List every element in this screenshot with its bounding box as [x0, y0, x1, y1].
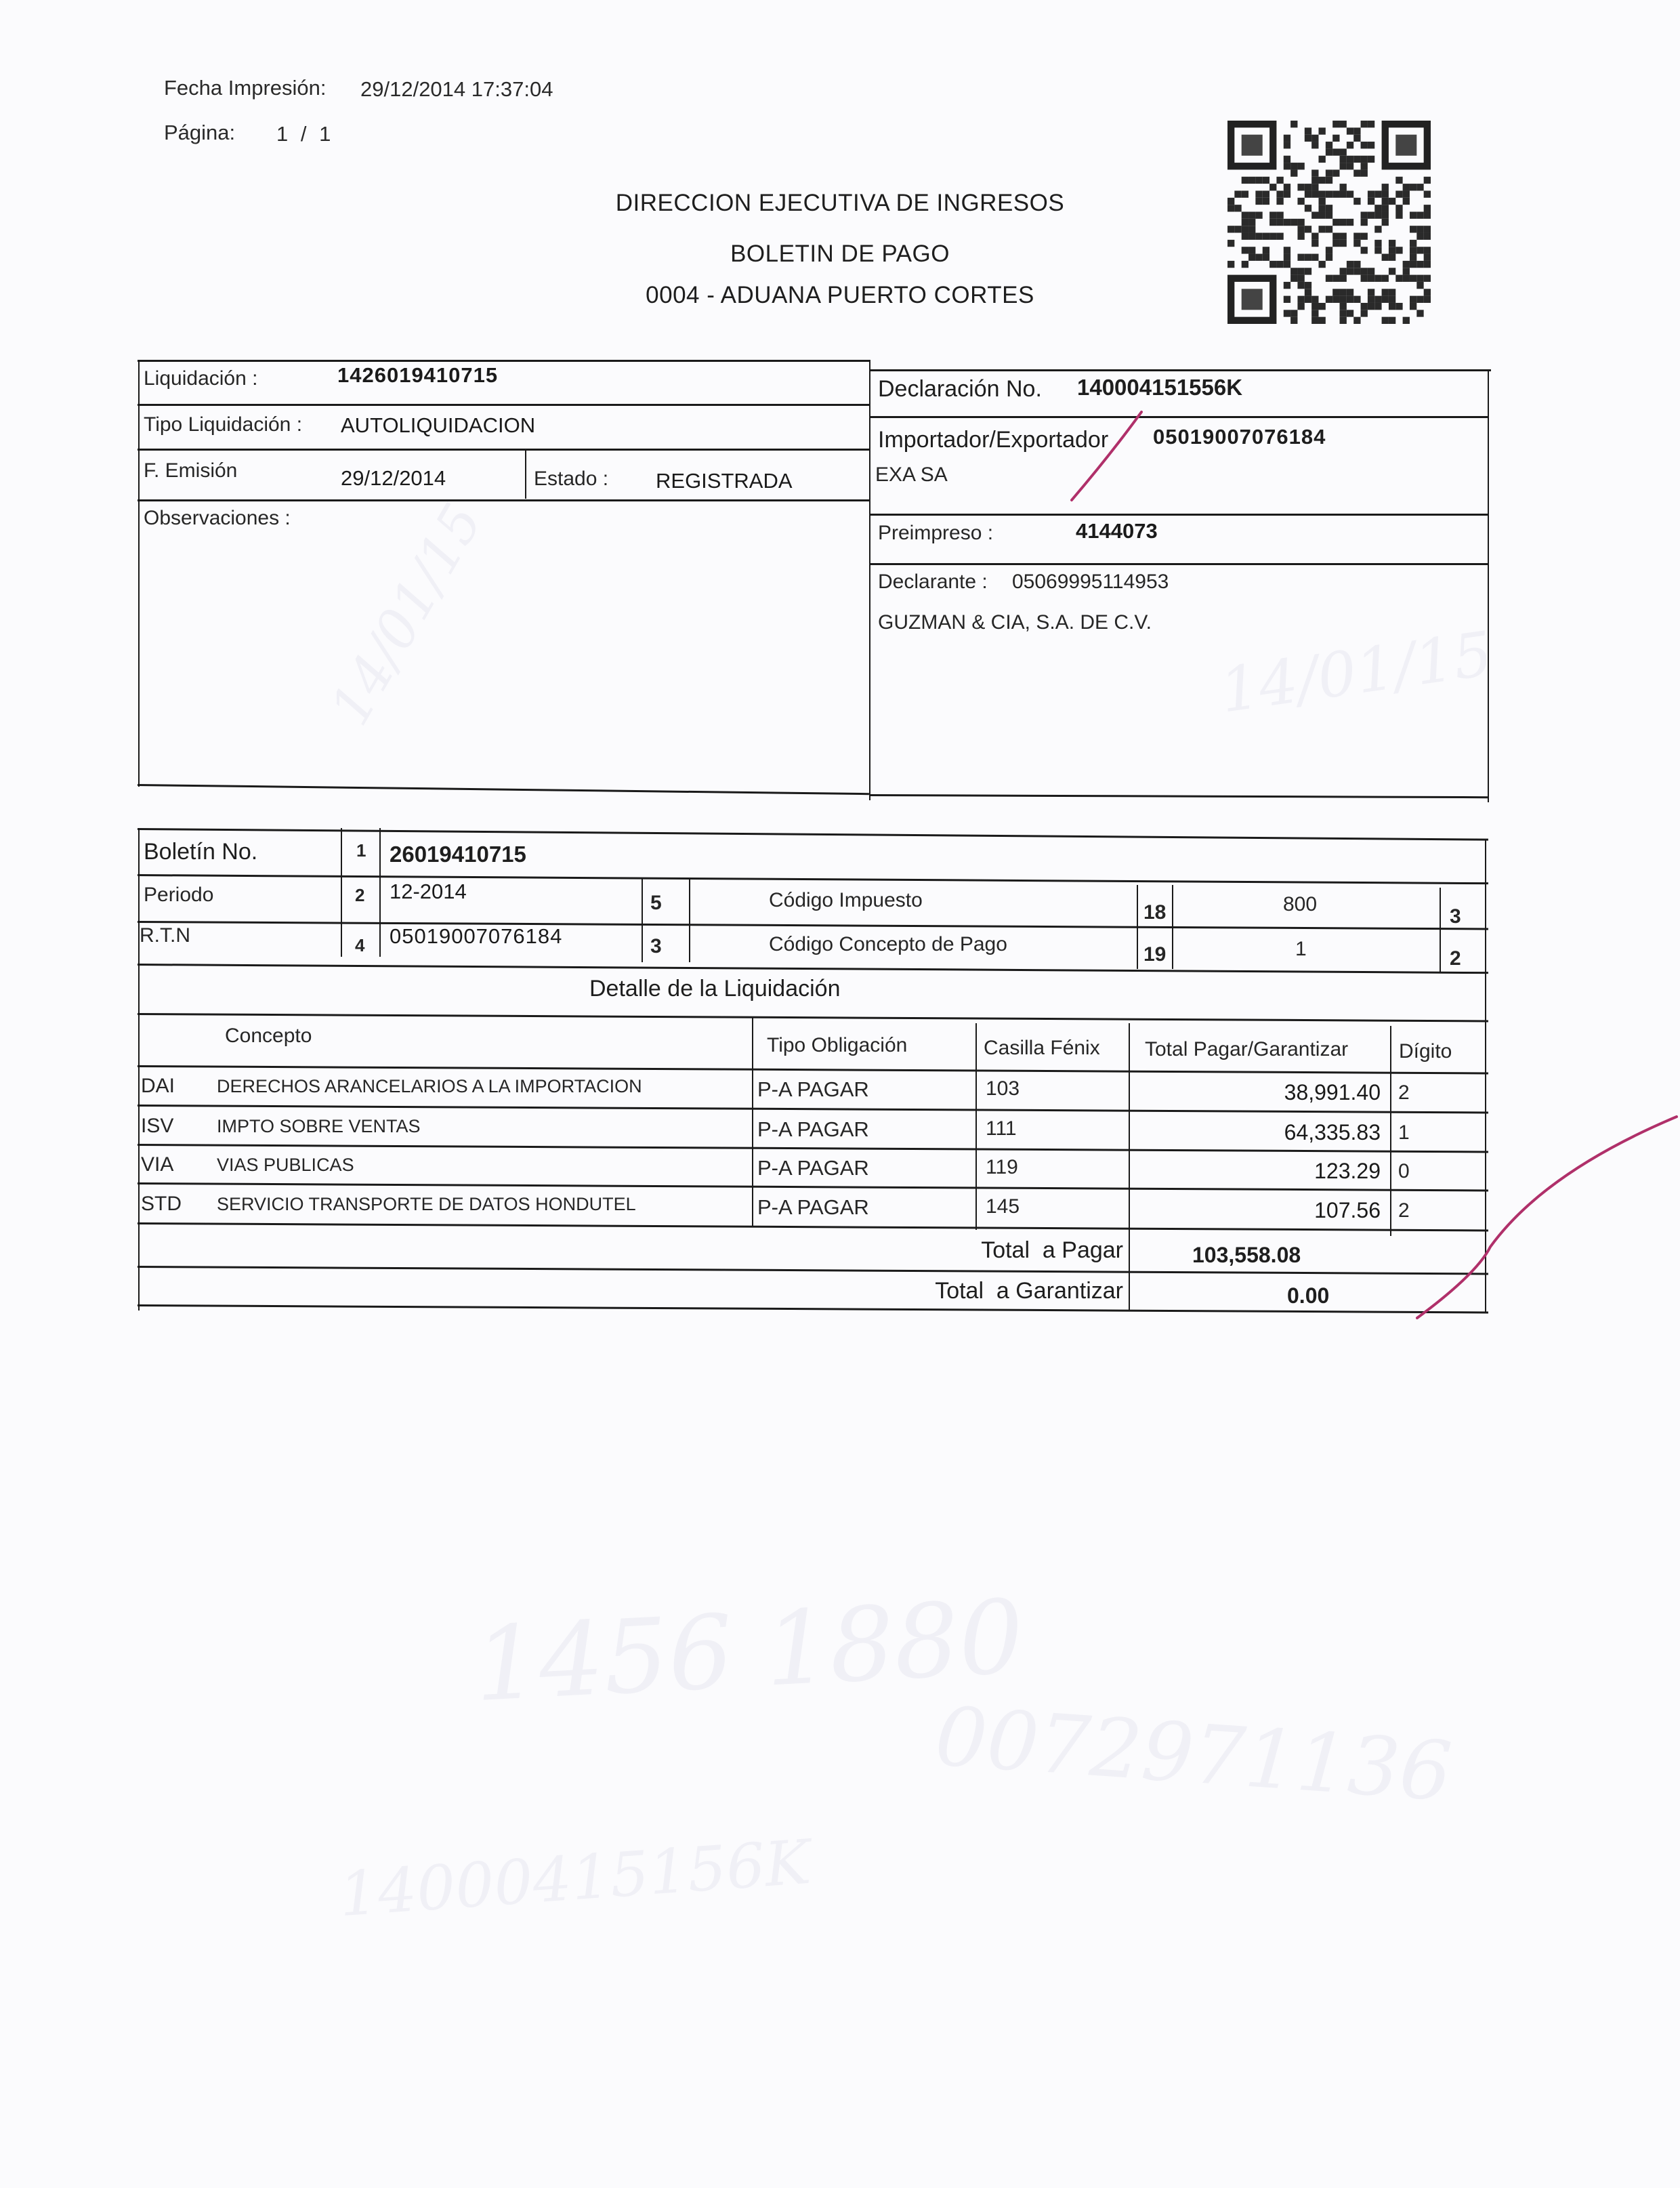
- row-digito: 2: [1398, 1081, 1410, 1105]
- periodo-label: Periodo: [144, 884, 213, 907]
- codigo-impuesto-num: 18: [1143, 901, 1166, 924]
- codigo-concepto-check: 2: [1450, 947, 1461, 970]
- row-code: VIA: [141, 1153, 173, 1176]
- codigo-concepto-value: 1: [1295, 938, 1307, 961]
- observaciones-label: Observaciones :: [144, 507, 291, 530]
- tipo-liquidacion-label: Tipo Liquidación :: [144, 413, 302, 436]
- col-tipo-obligacion: Tipo Obligación: [767, 1034, 907, 1057]
- qr-code-icon: [1227, 121, 1439, 324]
- row-code: ISV: [141, 1115, 173, 1138]
- row-casilla: 103: [986, 1077, 1020, 1100]
- row-tipo: P-A PAGAR: [757, 1077, 869, 1102]
- row-total: 123.29: [1138, 1159, 1381, 1184]
- codigo-concepto-num: 19: [1143, 943, 1166, 966]
- page-value: 1 / 1: [276, 122, 331, 146]
- importador-name: EXA SA: [875, 463, 948, 487]
- codigo-impuesto-value: 800: [1283, 893, 1317, 916]
- check-mark-icon: [1057, 407, 1158, 508]
- row-total: 64,335.83: [1138, 1120, 1381, 1145]
- boletin-label: Boletín No.: [144, 839, 257, 865]
- boletin-digit: 1: [356, 840, 366, 861]
- pencil-scribble: 14/01/15: [318, 493, 495, 736]
- liquidacion-label: Liquidación :: [144, 367, 257, 390]
- periodo-value: 12-2014: [390, 880, 467, 904]
- preimpreso-label: Preimpreso :: [878, 522, 993, 545]
- row-total: 38,991.40: [1138, 1080, 1381, 1105]
- row-concepto: DERECHOS ARANCELARIOS A LA IMPORTACION: [217, 1076, 642, 1097]
- periodo-digit: 2: [355, 885, 364, 906]
- codigo-impuesto-check: 3: [1450, 905, 1461, 928]
- rtn-digit: 4: [355, 935, 364, 956]
- row-code: STD: [141, 1193, 182, 1216]
- rtn-label: R.T.N: [140, 924, 190, 947]
- liquidacion-value: 1426019410715: [337, 363, 498, 388]
- row-digito: 0: [1398, 1160, 1410, 1183]
- boletin-value: 26019410715: [390, 842, 526, 867]
- page-label: Página:: [164, 121, 235, 145]
- row-concepto: IMPTO SOBRE VENTAS: [217, 1116, 421, 1137]
- declarante-label: Declarante :: [878, 571, 988, 594]
- rtn-check: 3: [650, 935, 662, 958]
- pencil-scribble: 0072971136: [932, 1690, 1454, 1820]
- row-digito: 1: [1398, 1121, 1410, 1144]
- row-casilla: 111: [986, 1117, 1017, 1140]
- codigo-concepto-label: Código Concepto de Pago: [769, 933, 1007, 956]
- col-casilla-fenix: Casilla Fénix: [984, 1037, 1100, 1060]
- estado-label: Estado :: [534, 468, 608, 491]
- pencil-scribble: 14000415156K: [337, 1827, 813, 1931]
- check-mark-icon: [1409, 1111, 1680, 1328]
- declaracion-value: 140004151556K: [1077, 375, 1242, 400]
- row-tipo: P-A PAGAR: [757, 1156, 869, 1180]
- row-concepto: SERVICIO TRANSPORTE DE DATOS HONDUTEL: [217, 1194, 636, 1215]
- row-code: DAI: [141, 1075, 175, 1098]
- col-digito: Dígito: [1399, 1040, 1452, 1063]
- emision-value: 29/12/2014: [341, 466, 446, 491]
- print-date-label: Fecha Impresión:: [164, 76, 327, 100]
- codigo-impuesto-label: Código Impuesto: [769, 889, 923, 912]
- col-total: Total Pagar/Garantizar: [1145, 1038, 1348, 1061]
- row-tipo: P-A PAGAR: [757, 1195, 869, 1220]
- emision-label: F. Emisión: [144, 459, 237, 482]
- row-casilla: 119: [986, 1156, 1018, 1179]
- print-date-value: 29/12/2014 17:37:04: [360, 77, 553, 102]
- total-garantizar-label: Total a Garantizar: [854, 1278, 1123, 1304]
- pencil-scribble: 14/01/15: [1216, 618, 1497, 726]
- declarante-name: GUZMAN & CIA, S.A. DE C.V.: [878, 611, 1152, 634]
- row-casilla: 145: [986, 1195, 1020, 1218]
- total-pagar-label: Total a Pagar: [854, 1237, 1123, 1264]
- importador-value: 05019007076184: [1153, 425, 1326, 449]
- total-pagar-value: 103,558.08: [1192, 1243, 1301, 1268]
- declarante-value: 05069995114953: [1012, 571, 1169, 594]
- periodo-check: 5: [650, 892, 662, 915]
- total-garantizar-value: 0.00: [1287, 1283, 1329, 1308]
- preimpreso-value: 4144073: [1076, 519, 1158, 543]
- row-concepto: VIAS PUBLICAS: [217, 1155, 354, 1176]
- rtn-value: 05019007076184: [390, 924, 562, 949]
- tipo-liquidacion-value: AUTOLIQUIDACION: [341, 413, 535, 438]
- row-total: 107.56: [1138, 1198, 1381, 1223]
- detalle-title: Detalle de la Liquidación: [589, 976, 840, 1002]
- row-tipo: P-A PAGAR: [757, 1117, 869, 1142]
- col-concepto: Concepto: [225, 1025, 312, 1048]
- estado-value: REGISTRADA: [656, 469, 793, 493]
- declaracion-label: Declaración No.: [878, 376, 1042, 402]
- row-digito: 2: [1398, 1199, 1410, 1222]
